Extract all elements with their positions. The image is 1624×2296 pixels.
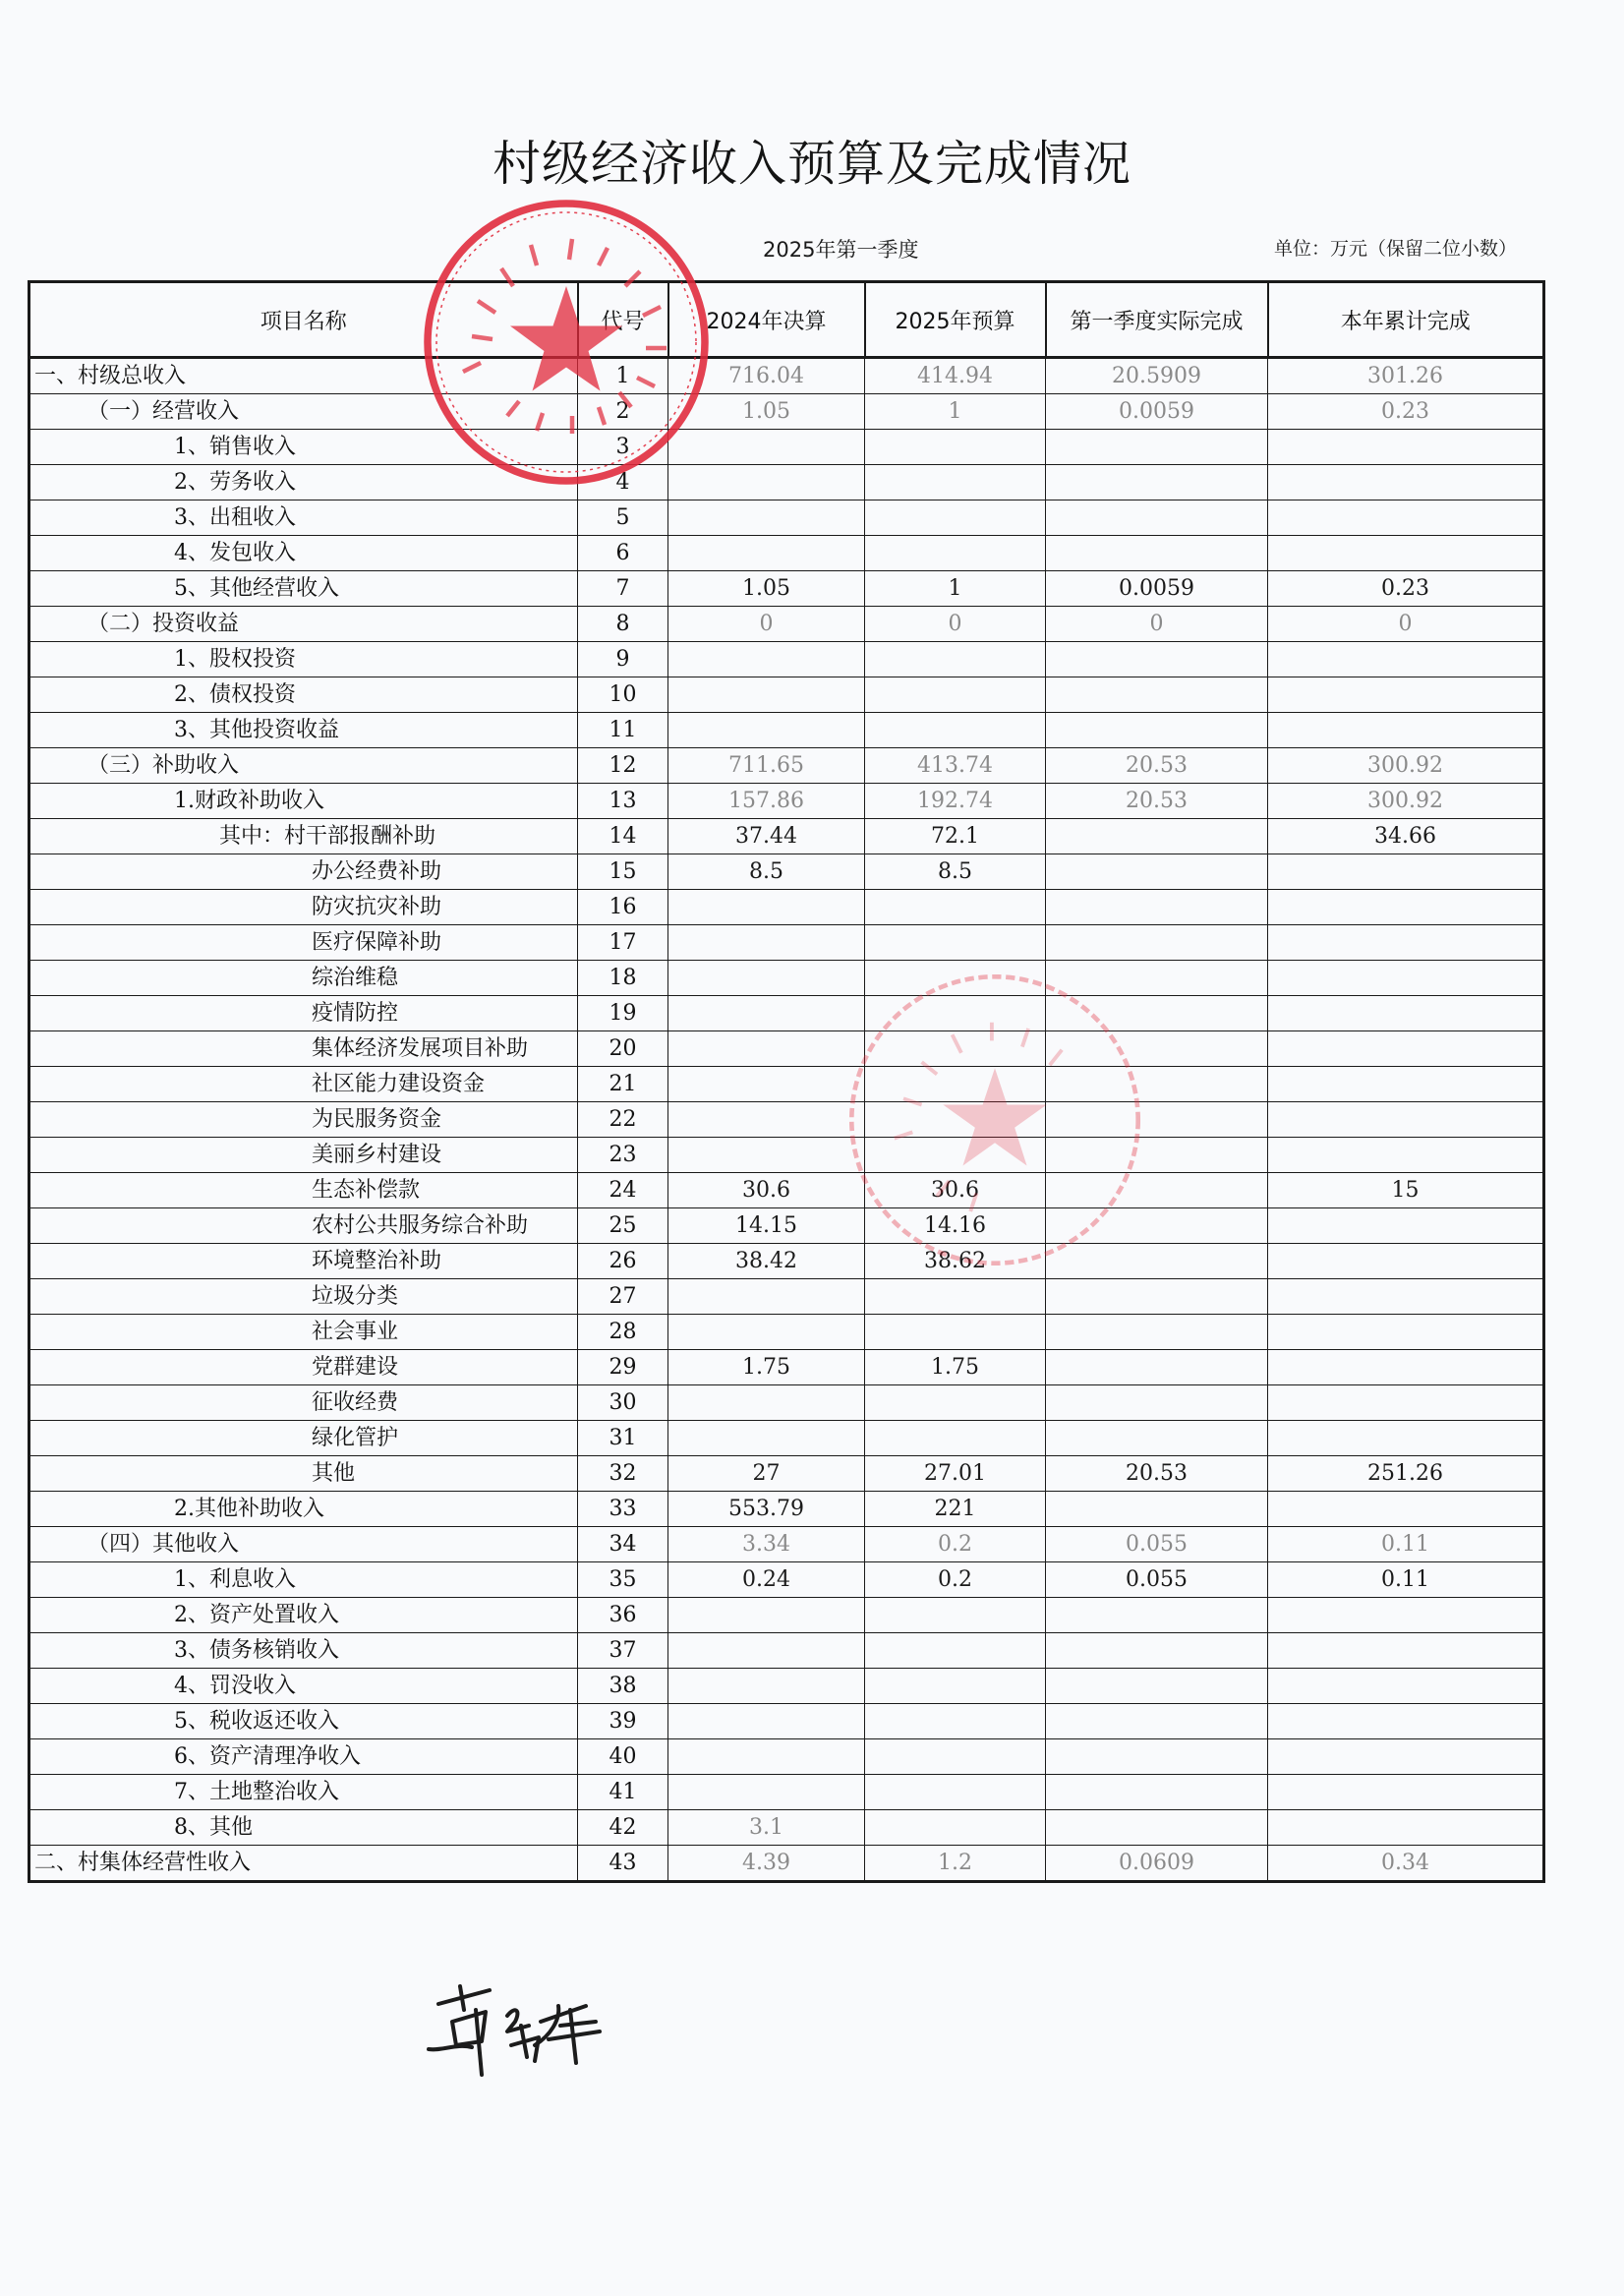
code-cell: 29 bbox=[578, 1350, 668, 1385]
code-cell: 43 bbox=[578, 1846, 668, 1882]
value-q1-actual: 0.0609 bbox=[1046, 1846, 1268, 1882]
item-name: 绿化管护 bbox=[29, 1421, 578, 1456]
value-ytd-total bbox=[1268, 1739, 1544, 1775]
value-2024-final bbox=[668, 961, 865, 996]
item-name: 党群建设 bbox=[29, 1350, 578, 1385]
value-2025-budget bbox=[865, 996, 1046, 1031]
table-row: 一、村级总收入1716.04414.9420.5909301.26 bbox=[29, 358, 1544, 394]
item-name: 1、利息收入 bbox=[29, 1562, 578, 1598]
code-cell: 16 bbox=[578, 890, 668, 925]
table-row: 1、股权投资9 bbox=[29, 642, 1544, 677]
value-2025-budget: 413.74 bbox=[865, 748, 1046, 784]
value-ytd-total bbox=[1268, 1138, 1544, 1173]
value-2024-final bbox=[668, 996, 865, 1031]
table-row: （二）投资收益80000 bbox=[29, 607, 1544, 642]
code-cell: 24 bbox=[578, 1173, 668, 1208]
value-2024-final: 716.04 bbox=[668, 358, 865, 394]
item-name: 2、资产处置收入 bbox=[29, 1598, 578, 1633]
value-ytd-total bbox=[1268, 890, 1544, 925]
item-name: （一）经营收入 bbox=[29, 394, 578, 430]
value-q1-actual: 20.53 bbox=[1046, 1456, 1268, 1492]
value-q1-actual bbox=[1046, 1102, 1268, 1138]
value-2025-budget bbox=[865, 1031, 1046, 1067]
item-name: 1、股权投资 bbox=[29, 642, 578, 677]
item-name: 2、劳务收入 bbox=[29, 465, 578, 500]
value-ytd-total bbox=[1268, 1208, 1544, 1244]
code-cell: 30 bbox=[578, 1385, 668, 1421]
value-ytd-total bbox=[1268, 677, 1544, 713]
value-ytd-total bbox=[1268, 1669, 1544, 1704]
value-q1-actual bbox=[1046, 819, 1268, 854]
value-2024-final: 8.5 bbox=[668, 854, 865, 890]
code-cell: 23 bbox=[578, 1138, 668, 1173]
value-2025-budget: 8.5 bbox=[865, 854, 1046, 890]
value-2024-final: 1.05 bbox=[668, 394, 865, 430]
value-2024-final bbox=[668, 1385, 865, 1421]
table-header-row: 项目名称 代号 2024年决算 2025年预算 第一季度实际完成 本年累计完成 bbox=[29, 282, 1544, 358]
value-2025-budget bbox=[865, 1279, 1046, 1315]
value-2024-final bbox=[668, 1279, 865, 1315]
income-budget-table: 项目名称 代号 2024年决算 2025年预算 第一季度实际完成 本年累计完成 … bbox=[28, 280, 1545, 1883]
value-ytd-total bbox=[1268, 1704, 1544, 1739]
value-2025-budget bbox=[865, 1775, 1046, 1810]
value-q1-actual: 0 bbox=[1046, 607, 1268, 642]
value-2025-budget: 0.2 bbox=[865, 1562, 1046, 1598]
value-2025-budget: 0 bbox=[865, 607, 1046, 642]
value-q1-actual bbox=[1046, 1704, 1268, 1739]
item-name: 疫情防控 bbox=[29, 996, 578, 1031]
value-2025-budget bbox=[865, 1315, 1046, 1350]
value-ytd-total: 0 bbox=[1268, 607, 1544, 642]
value-ytd-total bbox=[1268, 1775, 1544, 1810]
item-name: 办公经费补助 bbox=[29, 854, 578, 890]
value-q1-actual bbox=[1046, 854, 1268, 890]
value-ytd-total bbox=[1268, 925, 1544, 961]
item-name: 5、其他经营收入 bbox=[29, 571, 578, 607]
code-cell: 18 bbox=[578, 961, 668, 996]
value-q1-actual bbox=[1046, 1421, 1268, 1456]
value-2025-budget: 0.2 bbox=[865, 1527, 1046, 1562]
value-2025-budget bbox=[865, 677, 1046, 713]
item-name: 2、债权投资 bbox=[29, 677, 578, 713]
code-cell: 21 bbox=[578, 1067, 668, 1102]
table-row: （一）经营收入21.0510.00590.23 bbox=[29, 394, 1544, 430]
code-cell: 22 bbox=[578, 1102, 668, 1138]
code-cell: 34 bbox=[578, 1527, 668, 1562]
table-row: 综治维稳18 bbox=[29, 961, 1544, 996]
item-name: 集体经济发展项目补助 bbox=[29, 1031, 578, 1067]
value-2025-budget bbox=[865, 500, 1046, 536]
table-row: 防灾抗灾补助16 bbox=[29, 890, 1544, 925]
value-2025-budget bbox=[865, 536, 1046, 571]
item-name: （四）其他收入 bbox=[29, 1527, 578, 1562]
code-cell: 6 bbox=[578, 536, 668, 571]
value-ytd-total bbox=[1268, 430, 1544, 465]
table-row: 征收经费30 bbox=[29, 1385, 1544, 1421]
code-cell: 38 bbox=[578, 1669, 668, 1704]
table-row: 2、资产处置收入36 bbox=[29, 1598, 1544, 1633]
value-2025-budget bbox=[865, 1102, 1046, 1138]
value-2025-budget: 14.16 bbox=[865, 1208, 1046, 1244]
value-q1-actual: 0.0059 bbox=[1046, 394, 1268, 430]
item-name: 3、债务核销收入 bbox=[29, 1633, 578, 1669]
item-name: （三）补助收入 bbox=[29, 748, 578, 784]
table-row: 2、劳务收入4 bbox=[29, 465, 1544, 500]
value-2024-final: 3.34 bbox=[668, 1527, 865, 1562]
value-q1-actual bbox=[1046, 465, 1268, 500]
value-ytd-total: 0.23 bbox=[1268, 394, 1544, 430]
code-cell: 26 bbox=[578, 1244, 668, 1279]
value-q1-actual bbox=[1046, 1598, 1268, 1633]
value-2024-final bbox=[668, 1067, 865, 1102]
code-cell: 37 bbox=[578, 1633, 668, 1669]
value-ytd-total bbox=[1268, 1385, 1544, 1421]
code-cell: 10 bbox=[578, 677, 668, 713]
table-row: 3、其他投资收益11 bbox=[29, 713, 1544, 748]
value-2024-final: 30.6 bbox=[668, 1173, 865, 1208]
value-2024-final: 0.24 bbox=[668, 1562, 865, 1598]
item-name: 2.其他补助收入 bbox=[29, 1492, 578, 1527]
value-ytd-total: 0.23 bbox=[1268, 571, 1544, 607]
value-2024-final bbox=[668, 1775, 865, 1810]
value-2025-budget bbox=[865, 1067, 1046, 1102]
value-ytd-total bbox=[1268, 713, 1544, 748]
value-ytd-total: 34.66 bbox=[1268, 819, 1544, 854]
item-name: 综治维稳 bbox=[29, 961, 578, 996]
table-row: 社会事业28 bbox=[29, 1315, 1544, 1350]
table-row: 社区能力建设资金21 bbox=[29, 1067, 1544, 1102]
code-cell: 14 bbox=[578, 819, 668, 854]
value-2024-final: 38.42 bbox=[668, 1244, 865, 1279]
value-2025-budget bbox=[865, 1633, 1046, 1669]
value-2024-final bbox=[668, 677, 865, 713]
value-2025-budget bbox=[865, 430, 1046, 465]
value-2024-final: 27 bbox=[668, 1456, 865, 1492]
item-name: 医疗保障补助 bbox=[29, 925, 578, 961]
value-q1-actual bbox=[1046, 677, 1268, 713]
code-cell: 36 bbox=[578, 1598, 668, 1633]
item-name: 环境整治补助 bbox=[29, 1244, 578, 1279]
code-cell: 31 bbox=[578, 1421, 668, 1456]
table-row: 5、其他经营收入71.0510.00590.23 bbox=[29, 571, 1544, 607]
value-q1-actual: 0.0059 bbox=[1046, 571, 1268, 607]
value-q1-actual: 20.53 bbox=[1046, 748, 1268, 784]
value-2024-final bbox=[668, 1031, 865, 1067]
value-ytd-total bbox=[1268, 1102, 1544, 1138]
value-2024-final: 553.79 bbox=[668, 1492, 865, 1527]
value-2025-budget bbox=[865, 1810, 1046, 1846]
value-q1-actual bbox=[1046, 500, 1268, 536]
value-ytd-total bbox=[1268, 1421, 1544, 1456]
code-cell: 7 bbox=[578, 571, 668, 607]
value-ytd-total bbox=[1268, 1633, 1544, 1669]
value-2024-final bbox=[668, 1633, 865, 1669]
value-ytd-total: 0.11 bbox=[1268, 1562, 1544, 1598]
table-row: 3、出租收入5 bbox=[29, 500, 1544, 536]
item-name: 5、税收返还收入 bbox=[29, 1704, 578, 1739]
value-ytd-total bbox=[1268, 1598, 1544, 1633]
value-ytd-total bbox=[1268, 536, 1544, 571]
value-ytd-total bbox=[1268, 1067, 1544, 1102]
item-name: 社会事业 bbox=[29, 1315, 578, 1350]
table-row: 其中：村干部报酬补助1437.4472.134.66 bbox=[29, 819, 1544, 854]
value-2024-final bbox=[668, 1669, 865, 1704]
value-2025-budget: 1.2 bbox=[865, 1846, 1046, 1882]
table-row: 4、发包收入6 bbox=[29, 536, 1544, 571]
code-cell: 33 bbox=[578, 1492, 668, 1527]
table-body: 一、村级总收入1716.04414.9420.5909301.26（一）经营收入… bbox=[29, 358, 1544, 1882]
code-cell: 2 bbox=[578, 394, 668, 430]
value-q1-actual bbox=[1046, 1138, 1268, 1173]
code-cell: 41 bbox=[578, 1775, 668, 1810]
value-ytd-total bbox=[1268, 1244, 1544, 1279]
code-cell: 3 bbox=[578, 430, 668, 465]
value-ytd-total: 15 bbox=[1268, 1173, 1544, 1208]
item-name: 农村公共服务综合补助 bbox=[29, 1208, 578, 1244]
handwritten-signature-icon bbox=[413, 1967, 629, 2085]
table-row: 医疗保障补助17 bbox=[29, 925, 1544, 961]
value-2025-budget bbox=[865, 1704, 1046, 1739]
code-cell: 5 bbox=[578, 500, 668, 536]
table-row: 美丽乡村建设23 bbox=[29, 1138, 1544, 1173]
value-q1-actual bbox=[1046, 1208, 1268, 1244]
value-2025-budget: 27.01 bbox=[865, 1456, 1046, 1492]
value-2025-budget bbox=[865, 1669, 1046, 1704]
code-cell: 27 bbox=[578, 1279, 668, 1315]
value-2025-budget: 38.62 bbox=[865, 1244, 1046, 1279]
code-cell: 20 bbox=[578, 1031, 668, 1067]
value-2024-final bbox=[668, 713, 865, 748]
value-2024-final bbox=[668, 1315, 865, 1350]
table-row: 垃圾分类27 bbox=[29, 1279, 1544, 1315]
value-2025-budget bbox=[865, 713, 1046, 748]
value-ytd-total bbox=[1268, 500, 1544, 536]
value-2024-final bbox=[668, 1102, 865, 1138]
item-name: 7、土地整治收入 bbox=[29, 1775, 578, 1810]
code-cell: 8 bbox=[578, 607, 668, 642]
item-name: 3、出租收入 bbox=[29, 500, 578, 536]
value-q1-actual bbox=[1046, 1067, 1268, 1102]
item-name: 4、发包收入 bbox=[29, 536, 578, 571]
value-2024-final: 37.44 bbox=[668, 819, 865, 854]
value-q1-actual: 0.055 bbox=[1046, 1562, 1268, 1598]
table-row: 集体经济发展项目补助20 bbox=[29, 1031, 1544, 1067]
header-2024-final: 2024年决算 bbox=[668, 282, 865, 358]
header-code: 代号 bbox=[578, 282, 668, 358]
item-name: 其他 bbox=[29, 1456, 578, 1492]
value-2025-budget: 192.74 bbox=[865, 784, 1046, 819]
value-2025-budget bbox=[865, 890, 1046, 925]
value-q1-actual bbox=[1046, 925, 1268, 961]
table-row: 绿化管护31 bbox=[29, 1421, 1544, 1456]
item-name: 为民服务资金 bbox=[29, 1102, 578, 1138]
value-ytd-total bbox=[1268, 1315, 1544, 1350]
item-name: 征收经费 bbox=[29, 1385, 578, 1421]
item-name: （二）投资收益 bbox=[29, 607, 578, 642]
value-2024-final bbox=[668, 925, 865, 961]
code-cell: 13 bbox=[578, 784, 668, 819]
value-2024-final: 1.75 bbox=[668, 1350, 865, 1385]
item-name: 1.财政补助收入 bbox=[29, 784, 578, 819]
code-cell: 40 bbox=[578, 1739, 668, 1775]
item-name: 8、其他 bbox=[29, 1810, 578, 1846]
value-q1-actual bbox=[1046, 1031, 1268, 1067]
value-2025-budget bbox=[865, 961, 1046, 996]
value-ytd-total bbox=[1268, 1492, 1544, 1527]
value-2024-final bbox=[668, 1739, 865, 1775]
value-q1-actual bbox=[1046, 1775, 1268, 1810]
table-row: 2、债权投资10 bbox=[29, 677, 1544, 713]
value-ytd-total bbox=[1268, 996, 1544, 1031]
value-2025-budget bbox=[865, 1385, 1046, 1421]
value-2025-budget: 414.94 bbox=[865, 358, 1046, 394]
table-row: 5、税收返还收入39 bbox=[29, 1704, 1544, 1739]
value-ytd-total: 0.11 bbox=[1268, 1527, 1544, 1562]
document-title: 村级经济收入预算及完成情况 bbox=[0, 126, 1624, 195]
item-name: 4、罚没收入 bbox=[29, 1669, 578, 1704]
table-row: 2.其他补助收入33553.79221 bbox=[29, 1492, 1544, 1527]
code-cell: 1 bbox=[578, 358, 668, 394]
value-2025-budget: 30.6 bbox=[865, 1173, 1046, 1208]
value-ytd-total: 301.26 bbox=[1268, 358, 1544, 394]
code-cell: 15 bbox=[578, 854, 668, 890]
value-2024-final: 1.05 bbox=[668, 571, 865, 607]
value-q1-actual: 20.53 bbox=[1046, 784, 1268, 819]
value-q1-actual bbox=[1046, 1739, 1268, 1775]
value-q1-actual bbox=[1046, 1279, 1268, 1315]
code-cell: 35 bbox=[578, 1562, 668, 1598]
value-2024-final: 711.65 bbox=[668, 748, 865, 784]
header-2025-budget: 2025年预算 bbox=[865, 282, 1046, 358]
table-row: 二、村集体经营性收入434.391.20.06090.34 bbox=[29, 1846, 1544, 1882]
value-q1-actual bbox=[1046, 1385, 1268, 1421]
unit-note: 单位：万元（保留二位小数） bbox=[1274, 234, 1517, 261]
value-2024-final: 3.1 bbox=[668, 1810, 865, 1846]
value-ytd-total bbox=[1268, 1350, 1544, 1385]
value-q1-actual bbox=[1046, 1492, 1268, 1527]
item-name: 垃圾分类 bbox=[29, 1279, 578, 1315]
value-2024-final bbox=[668, 1138, 865, 1173]
value-2024-final bbox=[668, 890, 865, 925]
header-ytd-total: 本年累计完成 bbox=[1268, 282, 1544, 358]
header-item-name: 项目名称 bbox=[29, 282, 578, 358]
value-2025-budget: 1 bbox=[865, 571, 1046, 607]
table-row: 7、土地整治收入41 bbox=[29, 1775, 1544, 1810]
value-2025-budget bbox=[865, 1598, 1046, 1633]
value-2024-final bbox=[668, 500, 865, 536]
value-2025-budget: 1 bbox=[865, 394, 1046, 430]
value-ytd-total bbox=[1268, 961, 1544, 996]
value-2024-final bbox=[668, 1598, 865, 1633]
value-2025-budget bbox=[865, 1421, 1046, 1456]
code-cell: 28 bbox=[578, 1315, 668, 1350]
value-2025-budget: 221 bbox=[865, 1492, 1046, 1527]
value-ytd-total: 300.92 bbox=[1268, 784, 1544, 819]
table-row: 办公经费补助158.58.5 bbox=[29, 854, 1544, 890]
table-row: 6、资产清理净收入40 bbox=[29, 1739, 1544, 1775]
item-name: 生态补偿款 bbox=[29, 1173, 578, 1208]
value-2024-final: 14.15 bbox=[668, 1208, 865, 1244]
value-q1-actual bbox=[1046, 1633, 1268, 1669]
code-cell: 19 bbox=[578, 996, 668, 1031]
value-2024-final bbox=[668, 1421, 865, 1456]
table-row: 其他322727.0120.53251.26 bbox=[29, 1456, 1544, 1492]
code-cell: 4 bbox=[578, 465, 668, 500]
value-2025-budget: 72.1 bbox=[865, 819, 1046, 854]
value-q1-actual bbox=[1046, 642, 1268, 677]
value-2024-final: 0 bbox=[668, 607, 865, 642]
item-name: 一、村级总收入 bbox=[29, 358, 578, 394]
value-q1-actual bbox=[1046, 1173, 1268, 1208]
code-cell: 39 bbox=[578, 1704, 668, 1739]
item-name: 其中：村干部报酬补助 bbox=[29, 819, 578, 854]
code-cell: 32 bbox=[578, 1456, 668, 1492]
value-2024-final: 4.39 bbox=[668, 1846, 865, 1882]
table-row: 3、债务核销收入37 bbox=[29, 1633, 1544, 1669]
value-ytd-total bbox=[1268, 1031, 1544, 1067]
table-row: 8、其他423.1 bbox=[29, 1810, 1544, 1846]
code-cell: 12 bbox=[578, 748, 668, 784]
value-ytd-total bbox=[1268, 642, 1544, 677]
value-2024-final bbox=[668, 536, 865, 571]
code-cell: 17 bbox=[578, 925, 668, 961]
table-row: 环境整治补助2638.4238.62 bbox=[29, 1244, 1544, 1279]
value-q1-actual bbox=[1046, 713, 1268, 748]
table-row: 为民服务资金22 bbox=[29, 1102, 1544, 1138]
value-2025-budget bbox=[865, 465, 1046, 500]
value-q1-actual bbox=[1046, 430, 1268, 465]
table-row: （四）其他收入343.340.20.0550.11 bbox=[29, 1527, 1544, 1562]
report-period: 2025年第一季度 bbox=[763, 234, 918, 264]
value-2024-final bbox=[668, 430, 865, 465]
value-q1-actual bbox=[1046, 1810, 1268, 1846]
item-name: 社区能力建设资金 bbox=[29, 1067, 578, 1102]
value-q1-actual bbox=[1046, 536, 1268, 571]
table-row: 疫情防控19 bbox=[29, 996, 1544, 1031]
value-ytd-total bbox=[1268, 465, 1544, 500]
item-name: 3、其他投资收益 bbox=[29, 713, 578, 748]
table-row: 生态补偿款2430.630.615 bbox=[29, 1173, 1544, 1208]
code-cell: 42 bbox=[578, 1810, 668, 1846]
value-2025-budget bbox=[865, 925, 1046, 961]
value-2024-final bbox=[668, 1704, 865, 1739]
code-cell: 9 bbox=[578, 642, 668, 677]
value-2024-final bbox=[668, 465, 865, 500]
value-q1-actual bbox=[1046, 961, 1268, 996]
value-q1-actual: 0.055 bbox=[1046, 1527, 1268, 1562]
value-2025-budget bbox=[865, 1138, 1046, 1173]
value-2024-final bbox=[668, 642, 865, 677]
value-q1-actual: 20.5909 bbox=[1046, 358, 1268, 394]
value-ytd-total: 0.34 bbox=[1268, 1846, 1544, 1882]
item-name: 6、资产清理净收入 bbox=[29, 1739, 578, 1775]
item-name: 二、村集体经营性收入 bbox=[29, 1846, 578, 1882]
value-2025-budget bbox=[865, 1739, 1046, 1775]
table-row: 4、罚没收入38 bbox=[29, 1669, 1544, 1704]
value-q1-actual bbox=[1046, 1244, 1268, 1279]
value-2025-budget bbox=[865, 642, 1046, 677]
table-row: （三）补助收入12711.65413.7420.53300.92 bbox=[29, 748, 1544, 784]
table-row: 农村公共服务综合补助2514.1514.16 bbox=[29, 1208, 1544, 1244]
value-ytd-total bbox=[1268, 1279, 1544, 1315]
item-name: 1、销售收入 bbox=[29, 430, 578, 465]
value-2024-final: 157.86 bbox=[668, 784, 865, 819]
table-row: 党群建设291.751.75 bbox=[29, 1350, 1544, 1385]
value-q1-actual bbox=[1046, 1315, 1268, 1350]
value-ytd-total: 251.26 bbox=[1268, 1456, 1544, 1492]
code-cell: 11 bbox=[578, 713, 668, 748]
value-q1-actual bbox=[1046, 890, 1268, 925]
